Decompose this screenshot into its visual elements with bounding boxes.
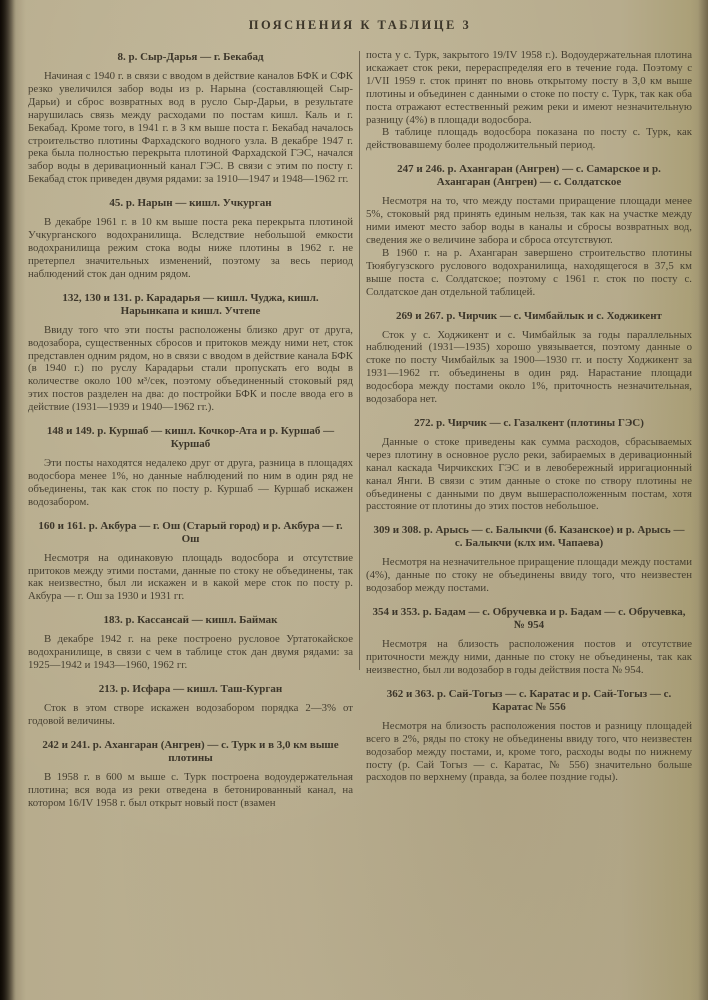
- paragraph-samarskoe-soldatskoe-2: В 1960 г. на р. Ахангаран завершено стро…: [366, 247, 692, 299]
- paragraph-naryn: В декабре 1961 г. в 10 км выше поста рек…: [28, 216, 353, 281]
- paragraph-karadarya: Ввиду того что эти посты расположены бли…: [28, 324, 353, 414]
- section-heading-148-149: 148 и 149. р. Куршаб — кишл. Кочкор-Ата …: [34, 425, 347, 451]
- section-heading-160-161: 160 и 161. р. Акбура — г. Ош (Старый гор…: [34, 520, 347, 546]
- paragraph-isfara: Сток в этом створе искажен водозабором п…: [28, 702, 353, 728]
- section-heading-309-308: 309 и 308. р. Арысь — с. Балыкчи (б. Каз…: [372, 524, 686, 550]
- book-page: ПОЯСНЕНИЯ К ТАБЛИЦЕ 3 8. р. Сыр-Дарья — …: [0, 0, 708, 1000]
- paragraph-chirchik-chimbaylyk: Сток у с. Ходжикент и с. Чимбайлык за го…: [366, 329, 692, 406]
- left-column: 8. р. Сыр-Дарья — г. Бекабад Начиная с 1…: [28, 49, 353, 810]
- paragraph-chirchik-gazalkent: Данные о стоке приведены как сумма расхо…: [366, 436, 692, 513]
- section-heading-269-267: 269 и 267. р. Чирчик — с. Чимбайлык и с.…: [372, 310, 686, 323]
- section-heading-354-353: 354 и 353. р. Бадам — с. Обручевка и р. …: [372, 606, 686, 632]
- two-column-layout: 8. р. Сыр-Дарья — г. Бекабад Начиная с 1…: [28, 49, 692, 810]
- section-heading-45: 45. р. Нарын — кишл. Учкурган: [34, 197, 347, 210]
- section-heading-242-241: 242 и 241. р. Ахангаран (Ангрен) — с. Ту…: [34, 739, 347, 765]
- section-heading-272: 272. р. Чирчик — с. Газалкент (плотины Г…: [372, 417, 686, 430]
- page-content: ПОЯСНЕНИЯ К ТАБЛИЦЕ 3 8. р. Сыр-Дарья — …: [28, 18, 692, 810]
- section-heading-247-246: 247 и 246. р. Ахангаран (Ангрен) — с. Са…: [372, 163, 686, 189]
- paragraph-arys-balykchi: Несмотря на незначительное приращение пл…: [366, 556, 692, 595]
- section-heading-132-130-131: 132, 130 и 131. р. Карадарья — кишл. Чуд…: [34, 292, 347, 318]
- paragraph-akbura: Несмотря на одинаковую площадь водосбора…: [28, 552, 353, 604]
- section-heading-362-363: 362 и 363. р. Сай-Тогыз — с. Каратас и р…: [372, 688, 686, 714]
- paragraph-akhangaran-turk: В 1958 г. в 600 м выше с. Турк построена…: [28, 771, 353, 810]
- paragraph-kurshab: Эти посты находятся недалеко друг от дру…: [28, 457, 353, 509]
- page-edge-shadow: [698, 0, 708, 1000]
- page-title: ПОЯСНЕНИЯ К ТАБЛИЦЕ 3: [28, 18, 692, 33]
- binding-shadow: [0, 0, 16, 1000]
- paragraph-say-togyz-karatas: Несмотря на близость расположения постов…: [366, 720, 692, 785]
- paragraph-syrdarya: Начиная с 1940 г. в связи с вводом в дей…: [28, 70, 353, 186]
- paragraph-badam-obruchevka: Несмотря на близость расположения постов…: [366, 638, 692, 677]
- paragraph-kassansay: В декабре 1942 г. на реке построено русл…: [28, 633, 353, 672]
- section-heading-213: 213. р. Исфара — кишл. Таш-Курган: [34, 683, 347, 696]
- paragraph-akhangaran-turk-continued: поста у с. Турк, закрытого 19/IV 1958 г.…: [366, 49, 692, 126]
- section-heading-183: 183. р. Кассансай — кишл. Баймак: [34, 614, 347, 627]
- right-column: поста у с. Турк, закрытого 19/IV 1958 г.…: [366, 49, 692, 810]
- paragraph-samarskoe-soldatskoe-1: Несмотря на то, что между постами приращ…: [366, 195, 692, 247]
- column-divider: [359, 51, 360, 670]
- section-heading-8: 8. р. Сыр-Дарья — г. Бекабад: [34, 51, 347, 64]
- paragraph-turk-watershed-note: В таблице площадь водосбора показана по …: [366, 126, 692, 152]
